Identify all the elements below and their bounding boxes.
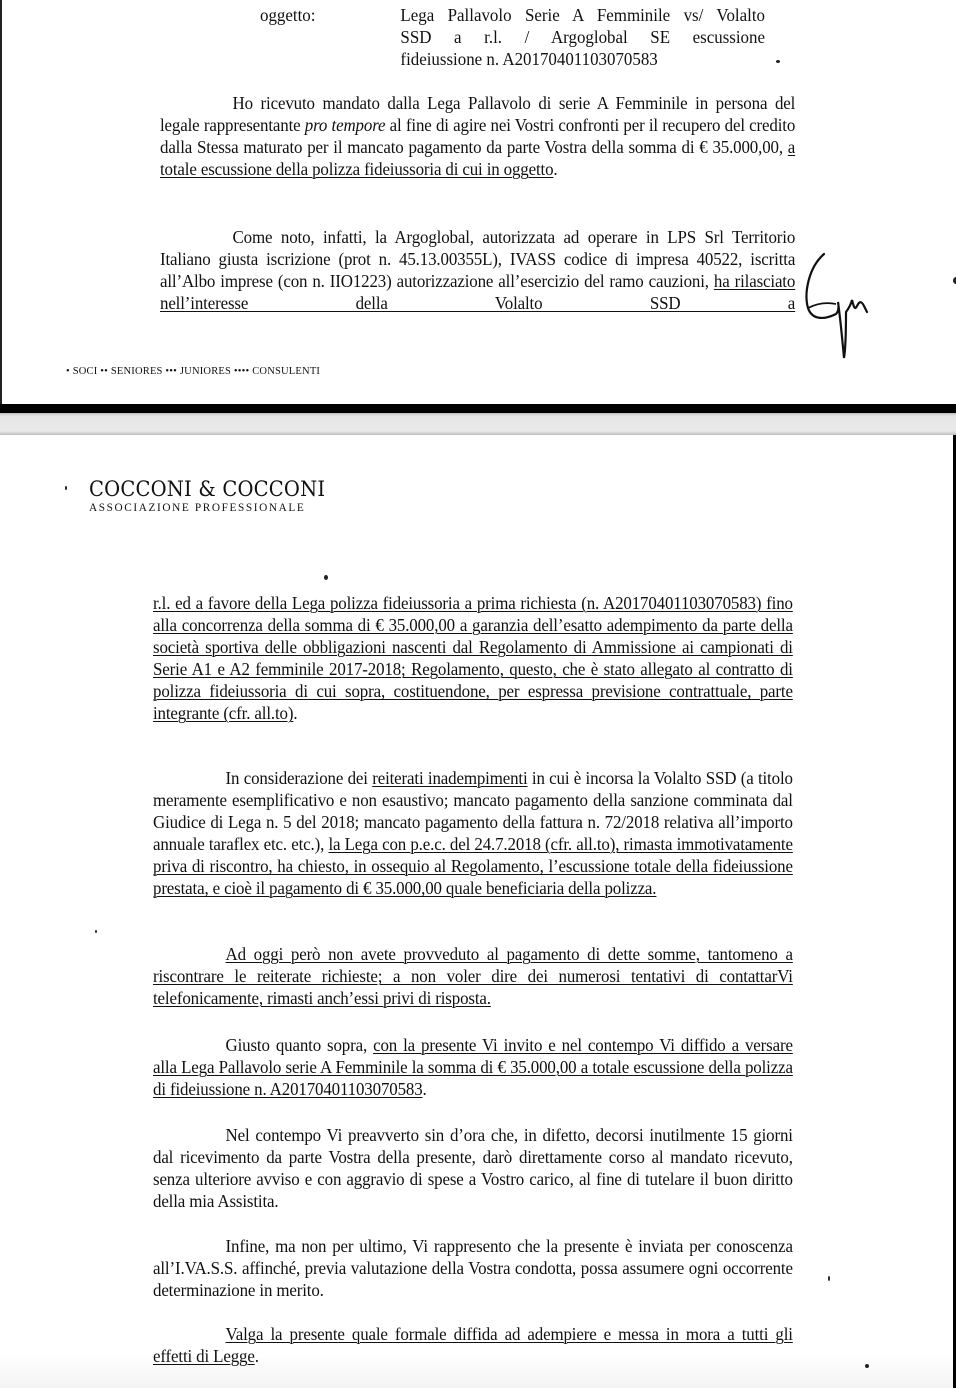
subject-block: oggetto: Lega Pallavolo Serie A Femminil…	[260, 4, 765, 70]
punctuation: .	[423, 1079, 427, 1099]
punctuation: .	[553, 159, 557, 179]
paragraph-mandate: Ho ricevuto mandato dalla Lega Pallavolo…	[160, 92, 795, 180]
subject-line-3: fideiussione n. A20170401103070583	[400, 48, 765, 70]
document-page-1: oggetto: Lega Pallavolo Serie A Femminil…	[0, 0, 956, 404]
scan-speck	[65, 486, 67, 490]
scan-speck	[865, 1364, 869, 1368]
subject-line-1: Lega Pallavolo Serie A Femminile vs/ Vol…	[400, 4, 765, 26]
scan-speck	[776, 60, 780, 63]
paragraph-closing: Valga la presente quale formale diffida …	[153, 1323, 793, 1367]
paragraph-defaults: In considerazione dei reiterati inadempi…	[153, 767, 793, 900]
paragraph-text: Nel contempo Vi preavverto sin d’ora che…	[153, 1125, 793, 1211]
subject-label: oggetto:	[260, 4, 400, 26]
paragraph-warning: Nel contempo Vi preavverto sin d’ora che…	[153, 1124, 793, 1212]
punctuation: .	[293, 703, 297, 723]
underlined-text: r.l. ed a favore della Lega polizza fide…	[153, 593, 793, 723]
paragraph-formal-notice: Giusto quanto sopra, con la presente Vi …	[153, 1034, 793, 1100]
paragraph-text: In considerazione dei	[226, 768, 373, 788]
paragraph-argoglobal: Come noto, infatti, la Argoglobal, autor…	[160, 226, 795, 314]
italic-pro-tempore: pro tempore	[305, 115, 386, 135]
paragraph-nonpayment: Ad oggi però non avete provveduto al pag…	[153, 943, 793, 1009]
subject-line-2: SSD a r.l. / Argoglobal SE escussione	[400, 26, 765, 48]
firm-roles-legend: • SOCI •• SENIORES ••• JUNIORES •••• CON…	[66, 366, 320, 377]
underlined-text: reiterati inadempimenti	[372, 768, 527, 788]
underlined-text: Ad oggi però non avete provveduto al pag…	[153, 944, 793, 1008]
paragraph-ivass: Infine, ma non per ultimo, Vi rappresent…	[153, 1235, 793, 1301]
paragraph-text: Infine, ma non per ultimo, Vi rappresent…	[153, 1236, 793, 1300]
handwritten-signature-icon	[802, 246, 882, 362]
page-bottom-edge	[0, 404, 956, 413]
paragraph-text: Giusto quanto sopra,	[226, 1035, 374, 1055]
scan-speck	[828, 1276, 830, 1281]
punctuation: .	[255, 1346, 259, 1366]
paragraph-text: Come noto, infatti, la Argoglobal, autor…	[160, 227, 795, 291]
letterhead-firm-name: COCCONI & COCCONI	[89, 477, 325, 501]
paragraph-guarantee: r.l. ed a favore della Lega polizza fide…	[153, 592, 793, 725]
underlined-text: Valga la presente quale formale diffida …	[153, 1324, 793, 1366]
letterhead-subtitle: ASSOCIAZIONE PROFESSIONALE	[89, 502, 305, 514]
scan-speck	[324, 575, 328, 580]
page-separator	[0, 413, 956, 435]
scan-speck	[95, 930, 97, 933]
